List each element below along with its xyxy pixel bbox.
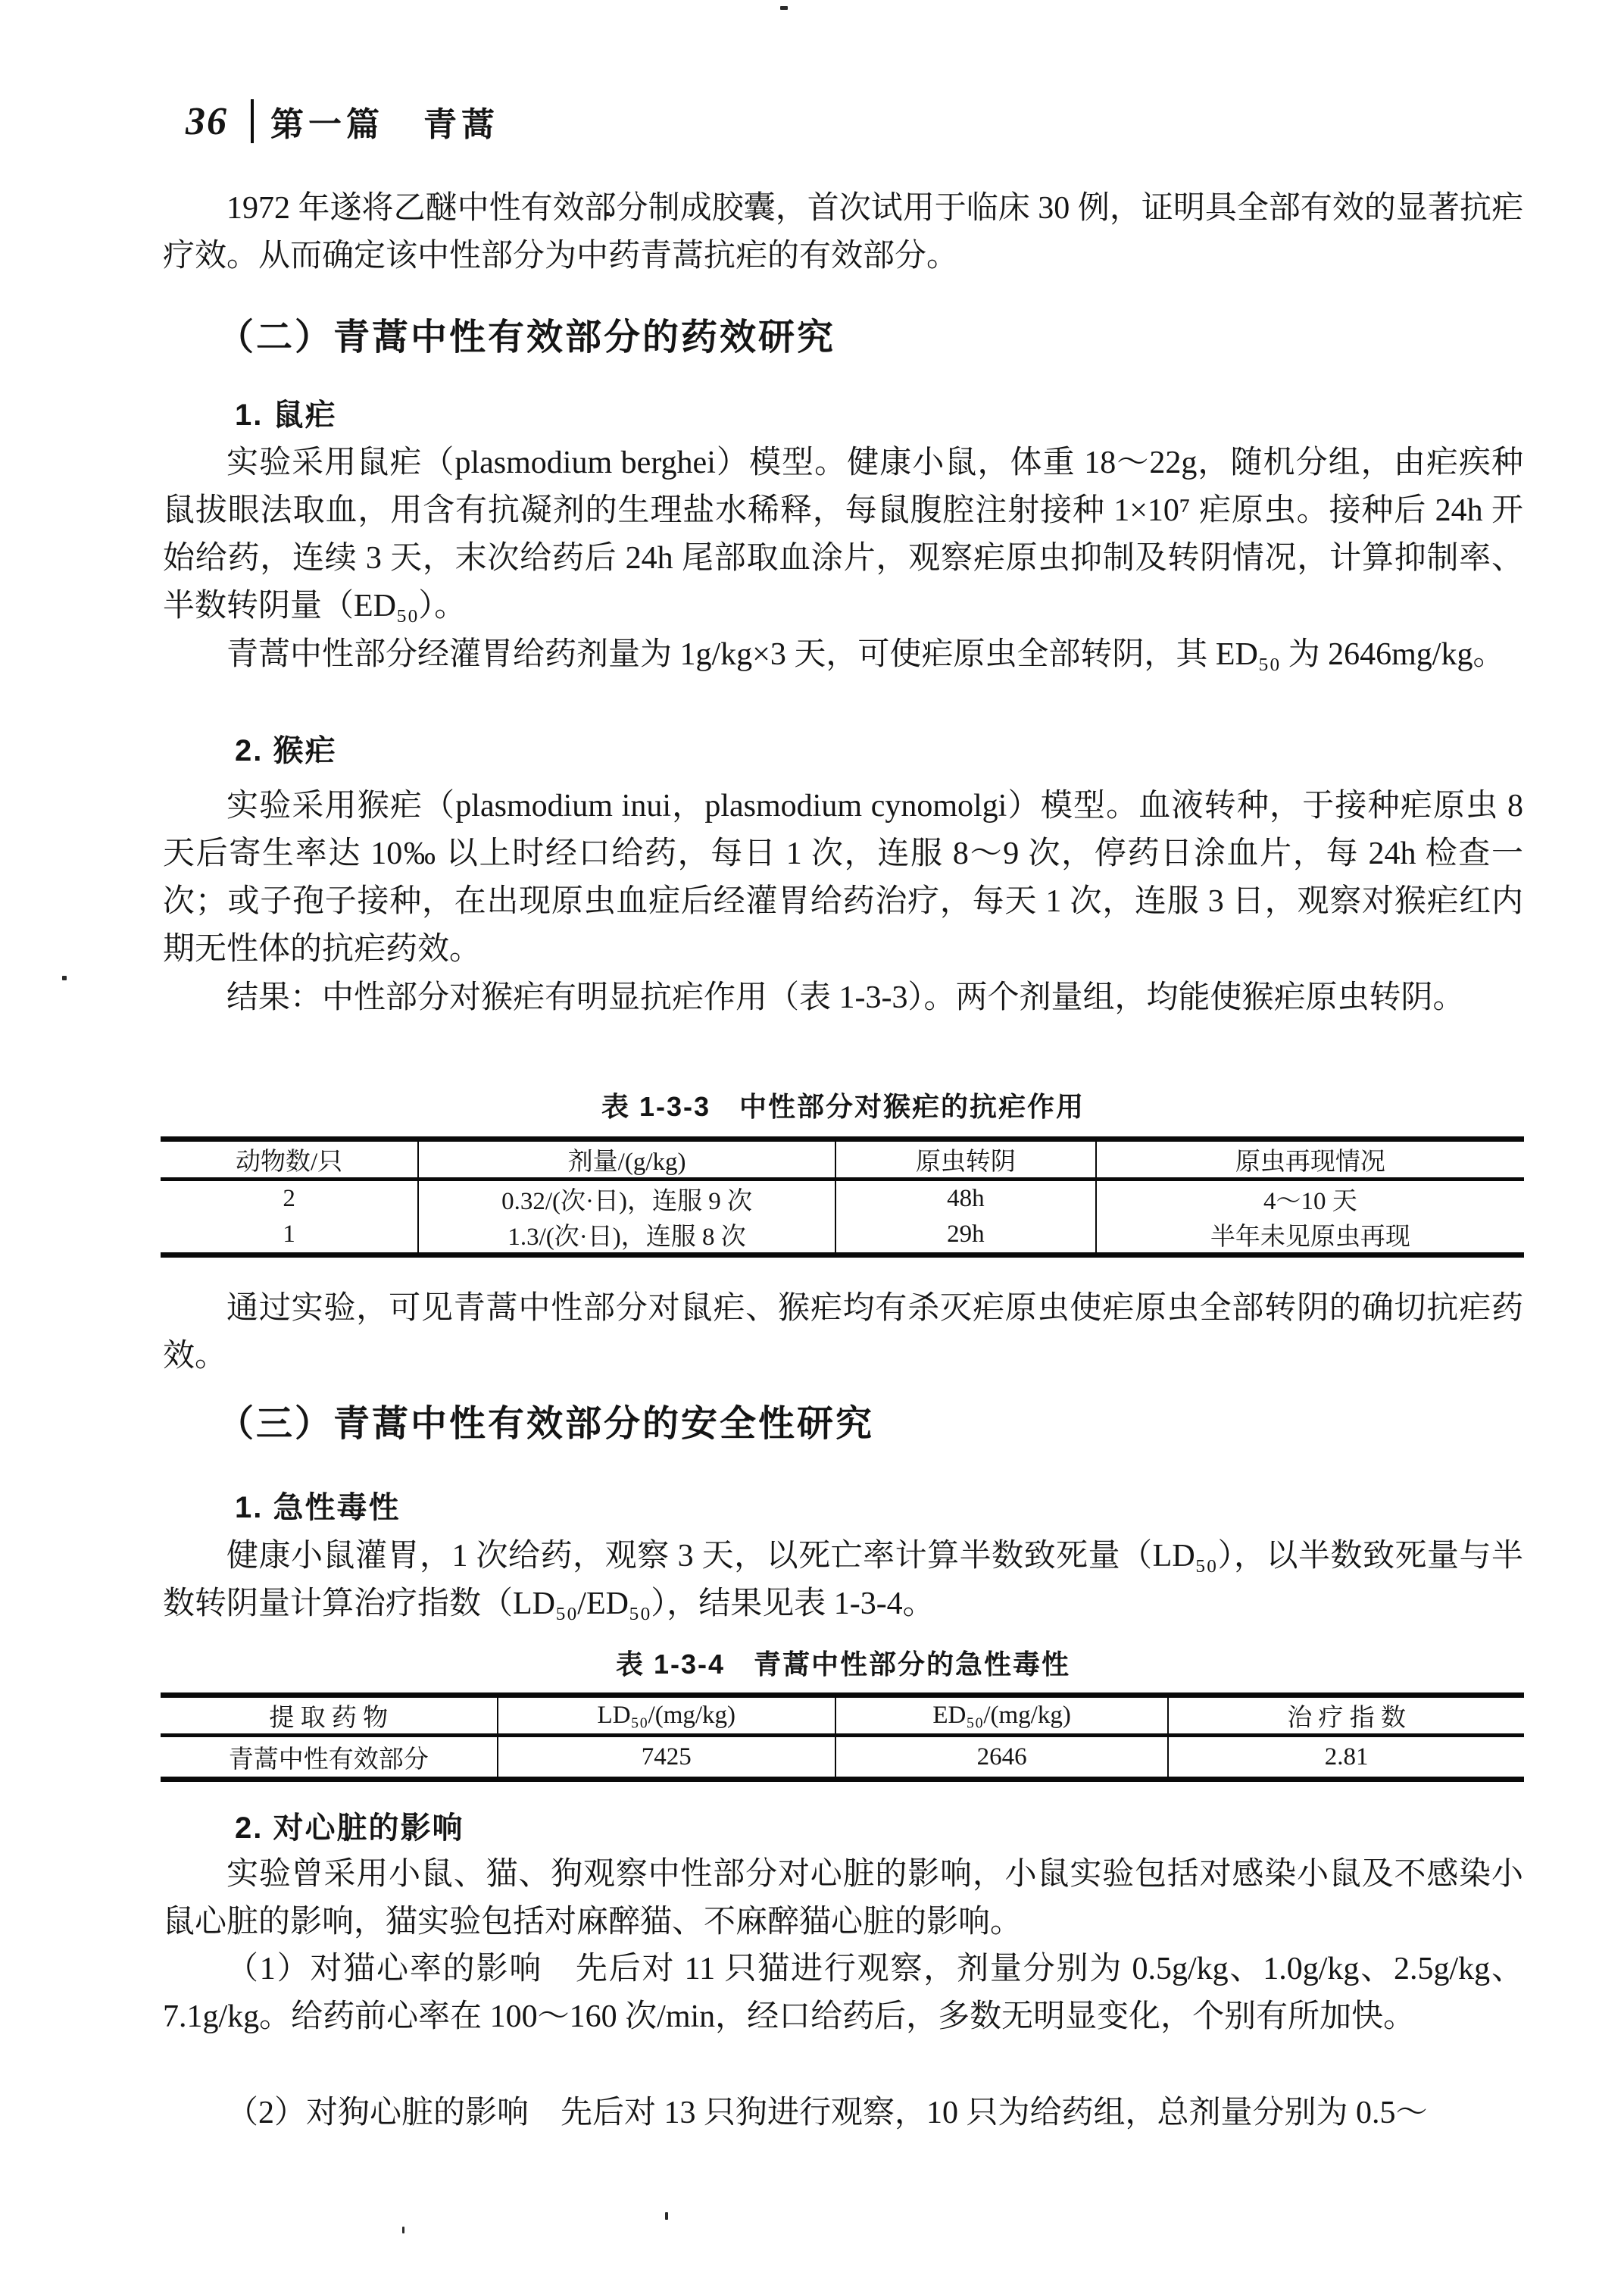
table-cell: 2 bbox=[161, 1180, 418, 1217]
column-header: 原虫再现情况 bbox=[1096, 1139, 1524, 1180]
section-heading-2: （二）青蒿中性有效部分的药效研究 bbox=[217, 318, 835, 358]
table-header-row: 动物数/只 剂量/(g/kg) 原虫转阴 原虫再现情况 bbox=[161, 1139, 1524, 1180]
scan-speck bbox=[402, 2227, 404, 2233]
column-header: LD₅₀/(mg/kg) bbox=[498, 1696, 835, 1736]
part-label: 第一篇 bbox=[270, 97, 384, 145]
paragraph-acute-toxicity: 健康小鼠灌胃，1 次给药，观察 3 天，以死亡率计算半数致死量（LD₅₀），以半… bbox=[163, 1533, 1523, 1628]
subsection-heading-heart-effect: 2. 对心脏的影响 bbox=[235, 1811, 464, 1845]
column-header: 治 疗 指 数 bbox=[1168, 1696, 1524, 1736]
header-divider bbox=[251, 99, 254, 143]
table-1-3-4-title: 表 1-3-4 青蒿中性部分的急性毒性 bbox=[163, 1649, 1523, 1680]
table-cell: 1 bbox=[161, 1217, 418, 1255]
column-header: 剂量/(g/kg) bbox=[418, 1139, 835, 1180]
subsection-heading-acute-toxicity: 1. 急性毒性 bbox=[235, 1491, 400, 1524]
paragraph-intro: 1972 年遂将乙醚中性有效部分制成胶囊，首次试用于临床 30 例，证明具全部有… bbox=[163, 185, 1523, 280]
table-cell: 48h bbox=[835, 1180, 1096, 1217]
table-1-3-3: 动物数/只 剂量/(g/kg) 原虫转阴 原虫再现情况 2 0.32/(次·日)… bbox=[161, 1136, 1524, 1258]
running-head: 36 第一篇 青蒿 bbox=[186, 97, 499, 145]
subsection-heading-mouse-malaria: 1. 鼠疟 bbox=[235, 399, 336, 432]
column-header: ED₅₀/(mg/kg) bbox=[835, 1696, 1168, 1736]
paragraph-mouse-malaria-result: 青蒿中性部分经灌胃给药剂量为 1g/kg×3 天，可使疟原虫全部转阴，其 ED₅… bbox=[163, 631, 1523, 679]
table-cell: 青蒿中性有效部分 bbox=[161, 1736, 498, 1780]
table-row: 2 0.32/(次·日)，连服 9 次 48h 4～10 天 bbox=[161, 1180, 1524, 1217]
table-row: 1 1.3/(次·日)，连服 8 次 29h 半年未见原虫再现 bbox=[161, 1217, 1524, 1255]
column-header: 动物数/只 bbox=[161, 1139, 418, 1180]
table-cell: 7425 bbox=[498, 1736, 835, 1780]
scan-speck bbox=[62, 976, 67, 980]
table-1-3-4: 提 取 药 物 LD₅₀/(mg/kg) ED₅₀/(mg/kg) 治 疗 指 … bbox=[161, 1692, 1524, 1782]
subsection-heading-monkey-malaria: 2. 猴疟 bbox=[235, 734, 336, 767]
scan-speck bbox=[780, 6, 788, 10]
table-1-3-3-title: 表 1-3-3 中性部分对猴疟的抗疟作用 bbox=[163, 1091, 1523, 1123]
paragraph-dog-heart: （2）对狗心脏的影响 先后对 13 只狗进行观察，10 只为给药组，总剂量分别为… bbox=[163, 2089, 1523, 2137]
table-cell: 0.32/(次·日)，连服 9 次 bbox=[418, 1180, 835, 1217]
paragraph-mouse-malaria-method: 实验采用鼠疟（plasmodium berghei）模型。健康小鼠，体重 18～… bbox=[163, 439, 1523, 630]
paragraph-cat-heart-rate: （1）对猫心率的影响 先后对 11 只猫进行观察，剂量分别为 0.5g/kg、1… bbox=[163, 1946, 1523, 2041]
scan-speck bbox=[665, 2212, 668, 2220]
table-cell: 2.81 bbox=[1168, 1736, 1524, 1780]
table-cell: 2646 bbox=[835, 1736, 1168, 1780]
paragraph-monkey-malaria-result: 结果：中性部分对猴疟有明显抗疟作用（表 1-3-3）。两个剂量组，均能使猴疟原虫… bbox=[163, 974, 1523, 1022]
paragraph-section2-conclusion: 通过实验，可见青蒿中性部分对鼠疟、猴疟均有杀灭疟原虫使疟原虫全部转阴的确切抗疟药… bbox=[163, 1285, 1523, 1380]
page-number: 36 bbox=[186, 99, 228, 144]
book-title: 青蒿 bbox=[423, 97, 499, 145]
scanned-book-page: 36 第一篇 青蒿 1972 年遂将乙醚中性有效部分制成胶囊，首次试用于临床 3… bbox=[0, 0, 1624, 2291]
scan-speck bbox=[606, 212, 610, 216]
table-row: 青蒿中性有效部分 7425 2646 2.81 bbox=[161, 1736, 1524, 1780]
table-header-row: 提 取 药 物 LD₅₀/(mg/kg) ED₅₀/(mg/kg) 治 疗 指 … bbox=[161, 1696, 1524, 1736]
paragraph-monkey-malaria-method: 实验采用猴疟（plasmodium inui，plasmodium cynomo… bbox=[163, 783, 1523, 974]
paragraph-heart-overview: 实验曾采用小鼠、猫、狗观察中性部分对心脏的影响，小鼠实验包括对感染小鼠及不感染小… bbox=[163, 1851, 1523, 1946]
table-cell: 4～10 天 bbox=[1096, 1180, 1524, 1217]
table-cell: 1.3/(次·日)，连服 8 次 bbox=[418, 1217, 835, 1255]
column-header: 提 取 药 物 bbox=[161, 1696, 498, 1736]
column-header: 原虫转阴 bbox=[835, 1139, 1096, 1180]
table-cell: 半年未见原虫再现 bbox=[1096, 1217, 1524, 1255]
table-cell: 29h bbox=[835, 1217, 1096, 1255]
section-heading-3: （三）青蒿中性有效部分的安全性研究 bbox=[217, 1405, 874, 1444]
